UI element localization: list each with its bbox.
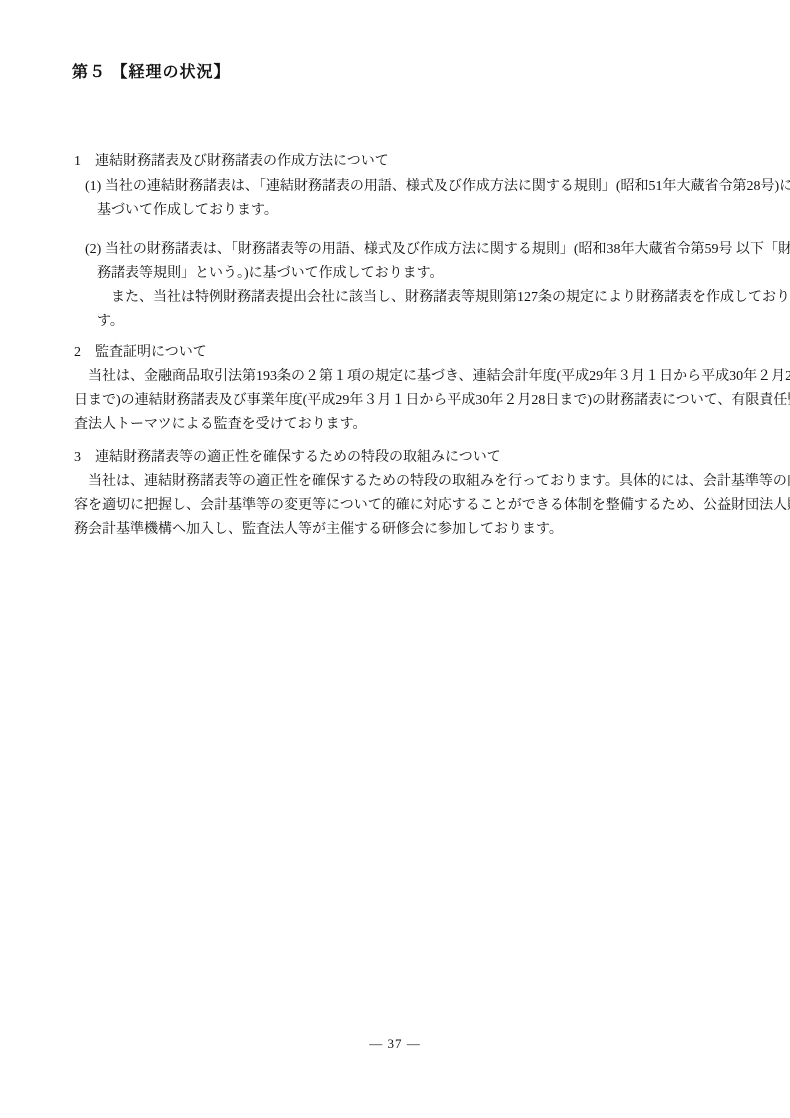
section-2-heading: 2 監査証明について (74, 341, 722, 365)
section-audit-certification: 2 監査証明について 当社は、金融商品取引法第193条の２第１項の規定に基づき、… (74, 341, 722, 437)
document-page: 第５ 【経理の状況】 1 連結財務諸表及び財務諸表の作成方法について (1) 当… (0, 0, 790, 1118)
page-footer: ― 37 ― (0, 1035, 790, 1053)
section-2-paragraph-1: 当社は、金融商品取引法第193条の２第１項の規定に基づき、連結会計年度(平成29… (74, 365, 722, 437)
section-3-paragraph-1: 当社は、連結財務諸表等の適正性を確保するための特段の取組みを行っております。具体… (74, 470, 722, 542)
section-3-heading: 3 連結財務諸表等の適正性を確保するための特段の取組みについて (74, 446, 722, 470)
section-preparation-method: 1 連結財務諸表及び財務諸表の作成方法について (1) 当社の連結財務諸表は、「… (74, 150, 722, 334)
section-1-heading: 1 連結財務諸表及び財務諸表の作成方法について (74, 150, 722, 174)
page-title: 第５ 【経理の状況】 (72, 62, 722, 84)
section-1-paragraph-2: (2) 当社の財務諸表は、「財務諸表等の用語、様式及び作成方法に関する規則」(昭… (74, 238, 722, 334)
section-1-paragraph-1: (1) 当社の連結財務諸表は、「連結財務諸表の用語、様式及び作成方法に関する規則… (74, 175, 722, 223)
section-appropriateness-measures: 3 連結財務諸表等の適正性を確保するための特段の取組みについて 当社は、連結財務… (74, 446, 722, 542)
page-number: ― 37 ― (369, 1036, 421, 1051)
